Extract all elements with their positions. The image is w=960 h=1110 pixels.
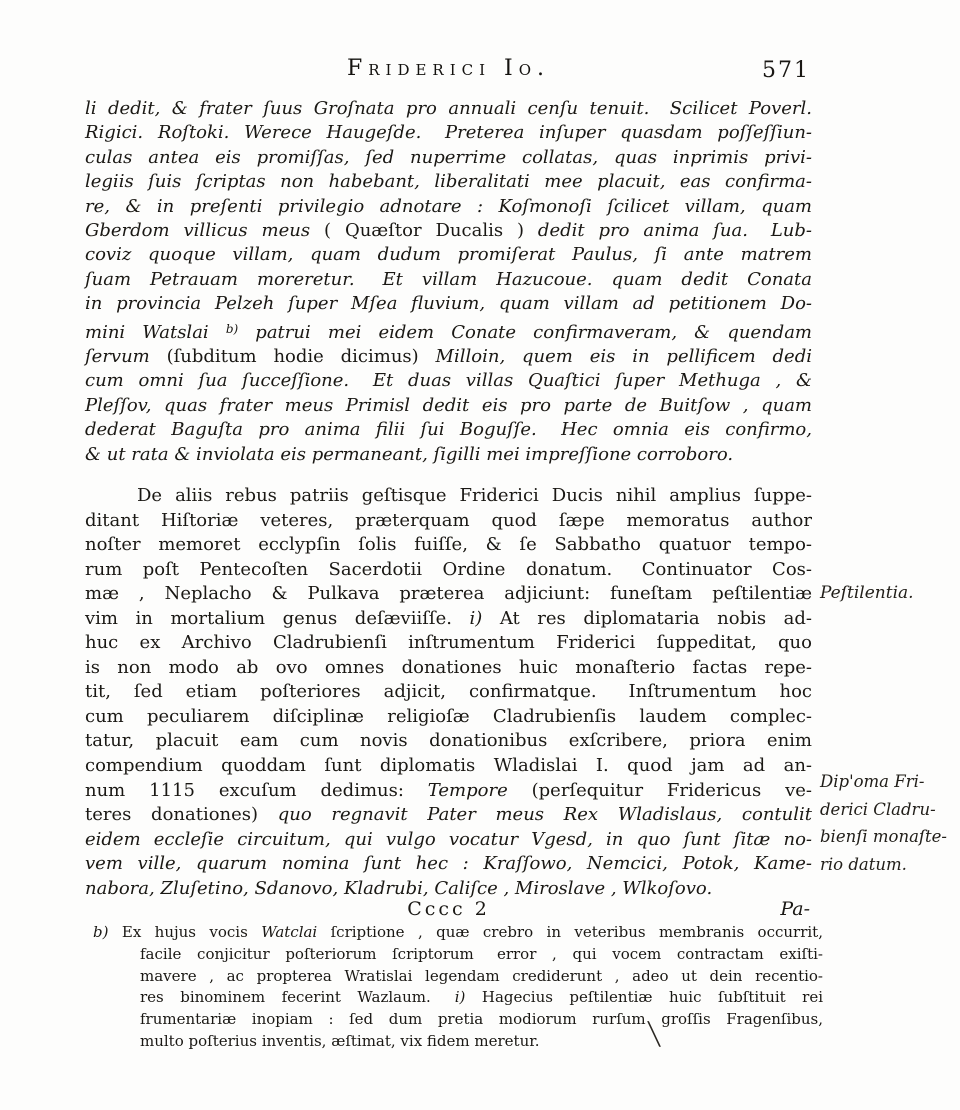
- text-line: multo poſterius inventis, æſtimat, vix f…: [93, 1031, 823, 1053]
- text-segment: Gberdom villicus meus: [85, 220, 324, 241]
- text-segment: ditant Hiſtoriæ veteres, præterquam quod…: [85, 510, 812, 531]
- text-segment: ſervum: [85, 346, 167, 367]
- text-segment: re, & in preſenti privilegio adnotare : …: [85, 196, 812, 217]
- text-segment: & ut rata & inviolata eis permaneant, ſi…: [85, 444, 733, 465]
- text-line: frumentariæ inopiam : ſed dum pretia mod…: [93, 1009, 823, 1031]
- text-segment: Peſtilentia.: [820, 583, 914, 603]
- text-segment: Tempore: [428, 780, 508, 801]
- text-segment: mavere , ac propterea Wratislai legendam…: [140, 967, 823, 985]
- text-segment: (perſequitur Fridericus ve-: [508, 780, 812, 801]
- text-line: b) Ex hujus vocis Watclai ſcriptione , q…: [93, 922, 823, 944]
- text-line: num 1115 excuſum dedimus: Tempore (perſe…: [85, 779, 812, 804]
- text-segment: nabora, Zluſetino, Sdanovo, Kladrubi, Ca…: [85, 878, 712, 899]
- text-line: ſuam Petrauam moreretur. Et villam Hazuc…: [85, 268, 812, 292]
- text-segment: De aliis rebus patriis geſtisque Frideri…: [137, 485, 812, 506]
- text-line: is non modo ab ovo omnes donationes huic…: [85, 656, 812, 681]
- text-segment: Ex hujus vocis: [108, 923, 261, 941]
- text-segment: patrui mei eidem Conate confirmaveram, &…: [238, 322, 812, 343]
- page-number: 571: [762, 58, 810, 83]
- text-line: mavere , ac propterea Wratislai legendam…: [93, 966, 823, 988]
- text-segment: cum peculiarem diſciplinæ religioſæ Clad…: [85, 706, 812, 727]
- text-segment: Hagecius peſtilentiæ huic ſubſtituit rei: [465, 988, 823, 1006]
- text-segment: derici Cladru-: [820, 800, 936, 819]
- text-segment: mæ , Neplacho & Pulkava præterea adjiciu…: [85, 583, 812, 604]
- text-line: res binominem fecerint Wazlaum. i) Hagec…: [93, 987, 823, 1009]
- text-segment: tatur, placuit eam cum novis donationibu…: [85, 730, 812, 751]
- signature-mark: Cccc 2: [85, 898, 812, 920]
- margin-note-diploma: Dip'oma Fri-derici Cladru-bienſi monaſte…: [820, 768, 956, 878]
- text-line: cum peculiarem diſciplinæ religioſæ Clad…: [85, 705, 812, 730]
- page-header: Friderici Io. 571: [85, 56, 812, 90]
- text-line: vim in mortalium genus deſæviiſſe. i) At…: [85, 607, 812, 632]
- text-segment: legiis ſuis ſcriptas non habebant, liber…: [85, 171, 812, 192]
- text-line: compendium quoddam ſunt diplomatis Wladi…: [85, 754, 812, 779]
- text-segment: i): [455, 988, 466, 1006]
- text-line: Pleſſov, quas frater meus Primisl dedit …: [85, 394, 812, 418]
- book-page: Friderici Io. 571 li dedit, & frater ſuu…: [0, 0, 960, 1110]
- text-line: Rigici. Roſtoki. Werece Haugeſde. Preter…: [85, 121, 812, 145]
- text-segment: cum omni ſua ſucceſſione. Et duas villas…: [85, 370, 812, 391]
- text-line: re, & in preſenti privilegio adnotare : …: [85, 195, 812, 219]
- text-segment: facile conjicitur poſteriorum ſcriptorum…: [140, 945, 823, 963]
- catchword: Pa-: [780, 898, 810, 920]
- text-segment: multo poſterius inventis, æſtimat, vix f…: [140, 1032, 540, 1050]
- text-segment: Watclai: [261, 923, 317, 941]
- text-segment: vim in mortalium genus deſæviiſſe.: [85, 608, 470, 629]
- text-line: legiis ſuis ſcriptas non habebant, liber…: [85, 170, 812, 194]
- text-line: tit, ſed etiam poſteriores adjicit, conf…: [85, 680, 812, 705]
- text-segment: At res diplomataria nobis ad-: [482, 608, 812, 629]
- text-line: eidem eccleſie circuitum, qui vulgo voca…: [85, 828, 812, 853]
- text-line: rio datum.: [820, 851, 956, 879]
- text-segment: coviz quoque villam, quam dudum promiſer…: [85, 244, 812, 265]
- text-segment: ſcriptione , quæ crebro in veteribus mem…: [317, 923, 823, 941]
- text-segment: mini Watslai: [85, 322, 226, 343]
- margin-note-pestilentia: Peſtilentia.: [820, 582, 956, 604]
- signature-row: Cccc 2 Pa-: [85, 898, 812, 924]
- text-line: vem ville, quarum nomina ſunt hec : Kraſ…: [85, 852, 812, 877]
- text-segment: Pleſſov, quas frater meus Primisl dedit …: [85, 395, 812, 416]
- text-line: ditant Hiſtoriæ veteres, præterquam quod…: [85, 509, 812, 534]
- text-segment: is non modo ab ovo omnes donationes huic…: [85, 657, 812, 678]
- text-line: li dedit, & frater ſuus Groſnata pro ann…: [85, 97, 812, 121]
- text-line: mini Watslai b) patrui mei eidem Conate …: [85, 317, 812, 345]
- text-line: derici Cladru-: [820, 796, 956, 824]
- text-line: in provincia Pelzeh ſuper Mſea fluvium, …: [85, 292, 812, 316]
- text-line: huc ex Archivo Cladrubienſi inſtrumentum…: [85, 631, 812, 656]
- text-segment: frumentariæ inopiam : ſed dum pretia mod…: [140, 1010, 823, 1028]
- text-segment: Dip'oma Fri-: [820, 772, 924, 791]
- text-line: tatur, placuit eam cum novis donationibu…: [85, 729, 812, 754]
- charter-paragraph-italic: li dedit, & frater ſuus Groſnata pro ann…: [85, 97, 812, 467]
- text-segment: res binominem fecerint Wazlaum.: [140, 988, 455, 1006]
- text-segment: vem ville, quarum nomina ſunt hec : Kraſ…: [85, 853, 812, 874]
- text-segment: b): [226, 322, 238, 336]
- text-segment: (ſubditum hodie dicimus): [167, 346, 419, 367]
- stray-ink-mark: ╲: [648, 1021, 660, 1047]
- running-title: Friderici Io.: [85, 56, 812, 81]
- text-line: rum poſt Pentecoſten Sacerdotii Ordine d…: [85, 558, 812, 583]
- text-line: Gberdom villicus meus ( Quæſtor Ducalis …: [85, 219, 812, 243]
- commentary-paragraph: De aliis rebus patriis geſtisque Frideri…: [85, 484, 812, 901]
- text-segment: eidem eccleſie circuitum, qui vulgo voca…: [85, 829, 812, 850]
- text-line: noſter memoret ecclypſin ſolis fuiſſe, &…: [85, 533, 812, 558]
- text-segment: compendium quoddam ſunt diplomatis Wladi…: [85, 755, 812, 776]
- text-segment: Rigici. Roſtoki. Werece Haugeſde. Preter…: [85, 122, 812, 143]
- text-segment: bienſi monaſte-: [820, 827, 947, 846]
- text-segment: ſuam Petrauam moreretur. Et villam Hazuc…: [85, 269, 812, 290]
- text-segment: num 1115 excuſum dedimus:: [85, 780, 428, 801]
- text-segment: rum poſt Pentecoſten Sacerdotii Ordine d…: [85, 559, 812, 580]
- text-segment: ( Quæſtor Ducalis ): [324, 220, 524, 241]
- text-line: coviz quoque villam, quam dudum promiſer…: [85, 243, 812, 267]
- text-line: ſervum (ſubditum hodie dicimus) Milloin,…: [85, 345, 812, 369]
- text-line: Dip'oma Fri-: [820, 768, 956, 796]
- text-segment: dederat Baguſta pro anima filii ſui Bogu…: [85, 419, 812, 440]
- text-segment: dedit pro anima ſua. Lub-: [524, 220, 812, 241]
- text-segment: Milloin, quem eis in pellificem dedi: [419, 346, 812, 367]
- text-segment: b): [93, 923, 108, 941]
- text-segment: culas antea eis promiſſas, ſed nuperrime…: [85, 147, 812, 168]
- text-segment: huc ex Archivo Cladrubienſi inſtrumentum…: [85, 632, 812, 653]
- text-segment: tit, ſed etiam poſteriores adjicit, conf…: [85, 681, 812, 702]
- footnotes-block: b) Ex hujus vocis Watclai ſcriptione , q…: [93, 922, 823, 1053]
- text-segment: quo regnavit Pater meus Rex Wladislaus, …: [278, 804, 812, 825]
- text-line: facile conjicitur poſteriorum ſcriptorum…: [93, 944, 823, 966]
- text-line: dederat Baguſta pro anima filii ſui Bogu…: [85, 418, 812, 442]
- text-segment: noſter memoret ecclypſin ſolis fuiſſe, &…: [85, 534, 812, 555]
- text-segment: li dedit, & frater ſuus Groſnata pro ann…: [85, 98, 812, 119]
- text-line: mæ , Neplacho & Pulkava præterea adjiciu…: [85, 582, 812, 607]
- text-line: Peſtilentia.: [820, 582, 956, 604]
- text-segment: in provincia Pelzeh ſuper Mſea fluvium, …: [85, 293, 812, 314]
- text-line: De aliis rebus patriis geſtisque Frideri…: [85, 484, 812, 509]
- text-line: teres donationes) quo regnavit Pater meu…: [85, 803, 812, 828]
- text-line: culas antea eis promiſſas, ſed nuperrime…: [85, 146, 812, 170]
- text-line: bienſi monaſte-: [820, 823, 956, 851]
- text-segment: rio datum.: [820, 855, 907, 874]
- text-segment: i): [470, 608, 483, 629]
- text-line: & ut rata & inviolata eis permaneant, ſi…: [85, 443, 812, 467]
- text-segment: teres donationes): [85, 804, 278, 825]
- text-line: cum omni ſua ſucceſſione. Et duas villas…: [85, 369, 812, 393]
